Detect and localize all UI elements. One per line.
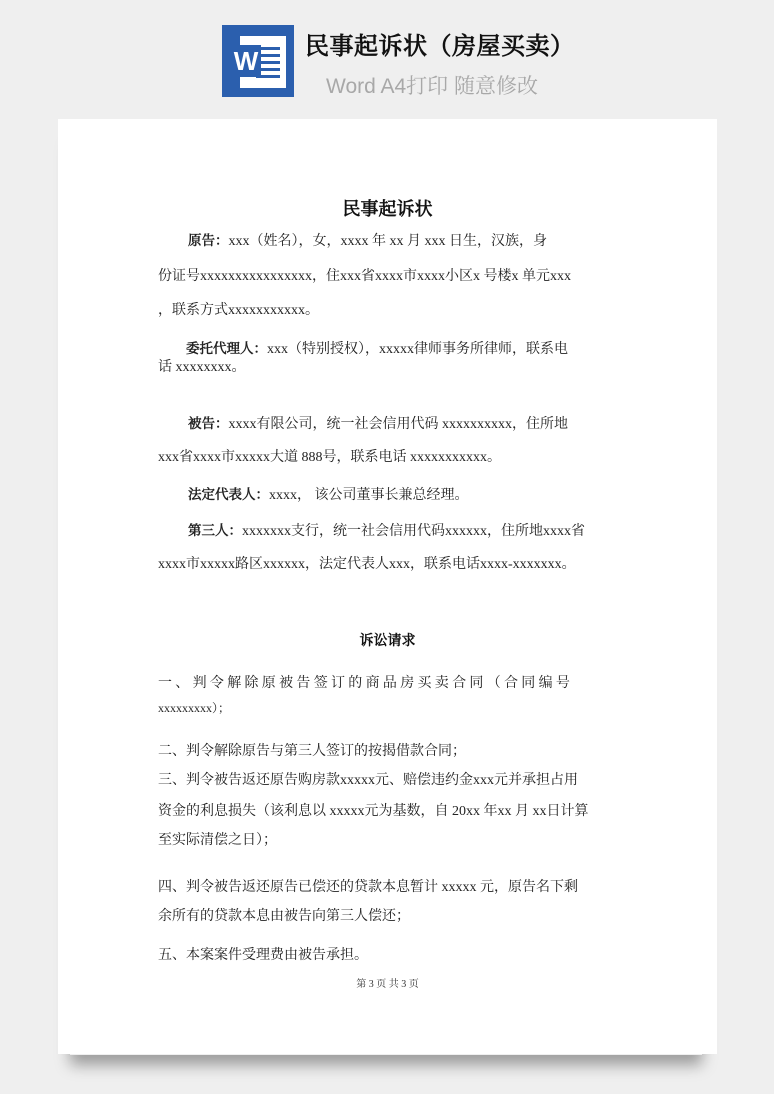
plaintiff-line-3: ，联系方式xxxxxxxxxxx。 bbox=[158, 299, 319, 319]
word-letter: W bbox=[231, 45, 261, 77]
header: W 民事起诉状（房屋买卖） Word A4打印 随意修改 bbox=[0, 0, 774, 115]
page-footer: 第 3 页 共 3 页 bbox=[58, 975, 717, 990]
claim-4-line-1: 四、判令被告返还原告已偿还的贷款本息暂计 xxxxx 元，原告名下剩 bbox=[158, 876, 578, 896]
claim-3-line-1: 三、判令被告返还原告购房款xxxxx元、赔偿违约金xxx元并承担占用 bbox=[158, 769, 578, 789]
defendant-line-2: xxx省xxxx市xxxxx大道 888号，联系电话 xxxxxxxxxxx。 bbox=[158, 446, 501, 466]
legal-rep-text: xxxx， 该公司董事长兼总经理。 bbox=[269, 488, 469, 503]
plaintiff-line-1: 原告：xxx（姓名），女，xxxx 年 xx 月 xxx 日生，汉族，身 bbox=[188, 229, 547, 250]
defendant-line-1: 被告：xxxx有限公司，统一社会信用代码 xxxxxxxxxx，住所地 bbox=[188, 412, 568, 433]
word-doc-icon: W bbox=[222, 25, 294, 97]
defendant-text: xxxx有限公司，统一社会信用代码 xxxxxxxxxx，住所地 bbox=[229, 417, 569, 432]
plaintiff-label: 原告： bbox=[188, 233, 229, 249]
claim-2-line-1: 二、判令解除原告与第三人签订的按揭借款合同； bbox=[158, 740, 466, 760]
third-party-text: xxxxxxx支行，统一社会信用代码xxxxxx，住所地xxxx省 bbox=[242, 524, 585, 539]
third-party-line-2: xxxx市xxxxx路区xxxxxx，法定代表人xxx，联系电话xxxx-xxx… bbox=[158, 553, 576, 573]
third-party-line-1: 第三人：xxxxxxx支行，统一社会信用代码xxxxxx，住所地xxxx省 bbox=[188, 519, 585, 540]
claim-1-line-2: xxxxxxxxx）； bbox=[158, 699, 230, 716]
legal-rep-label: 法定代表人： bbox=[188, 487, 269, 503]
claim-3-line-3: 至实际清偿之日）； bbox=[158, 829, 277, 849]
claim-1-line-1: 一、判令解除原被告签订的商品房买卖合同（合同编号 bbox=[158, 672, 573, 692]
document-page: 民事起诉状 原告：xxx（姓名），女，xxxx 年 xx 月 xxx 日生，汉族… bbox=[58, 119, 717, 1054]
agent-line-1: 委托代理人：xxx（特别授权），xxxxx律师事务所律师，联系电 bbox=[186, 337, 568, 358]
claim-4-line-2: 余所有的贷款本息由被告向第三人偿还； bbox=[158, 905, 410, 925]
defendant-label: 被告： bbox=[188, 416, 229, 432]
third-party-label: 第三人： bbox=[188, 523, 242, 539]
agent-line-2: 话 xxxxxxxx。 bbox=[158, 356, 246, 376]
legal-rep-line: 法定代表人：xxxx， 该公司董事长兼总经理。 bbox=[188, 483, 469, 504]
agent-text: xxx（特别授权），xxxxx律师事务所律师，联系电 bbox=[267, 342, 568, 357]
plaintiff-line-2: 份证号xxxxxxxxxxxxxxxx，住xxx省xxxx市xxxx小区x 号楼… bbox=[158, 265, 571, 285]
page-title: 民事起诉状（房屋买卖） bbox=[305, 26, 575, 61]
claims-title: 诉讼请求 bbox=[58, 630, 717, 650]
document-title: 民事起诉状 bbox=[58, 195, 717, 221]
page-subtitle: Word A4打印 随意修改 bbox=[326, 70, 538, 100]
claim-5-line-1: 五、本案案件受理费由被告承担。 bbox=[158, 944, 368, 964]
plaintiff-text: xxx（姓名），女，xxxx 年 xx 月 xxx 日生，汉族，身 bbox=[229, 234, 548, 249]
agent-label: 委托代理人： bbox=[186, 341, 267, 357]
claim-3-line-2: 资金的利息损失（该利息以 xxxxx元为基数，自 20xx 年xx 月 xx日计… bbox=[158, 800, 589, 820]
